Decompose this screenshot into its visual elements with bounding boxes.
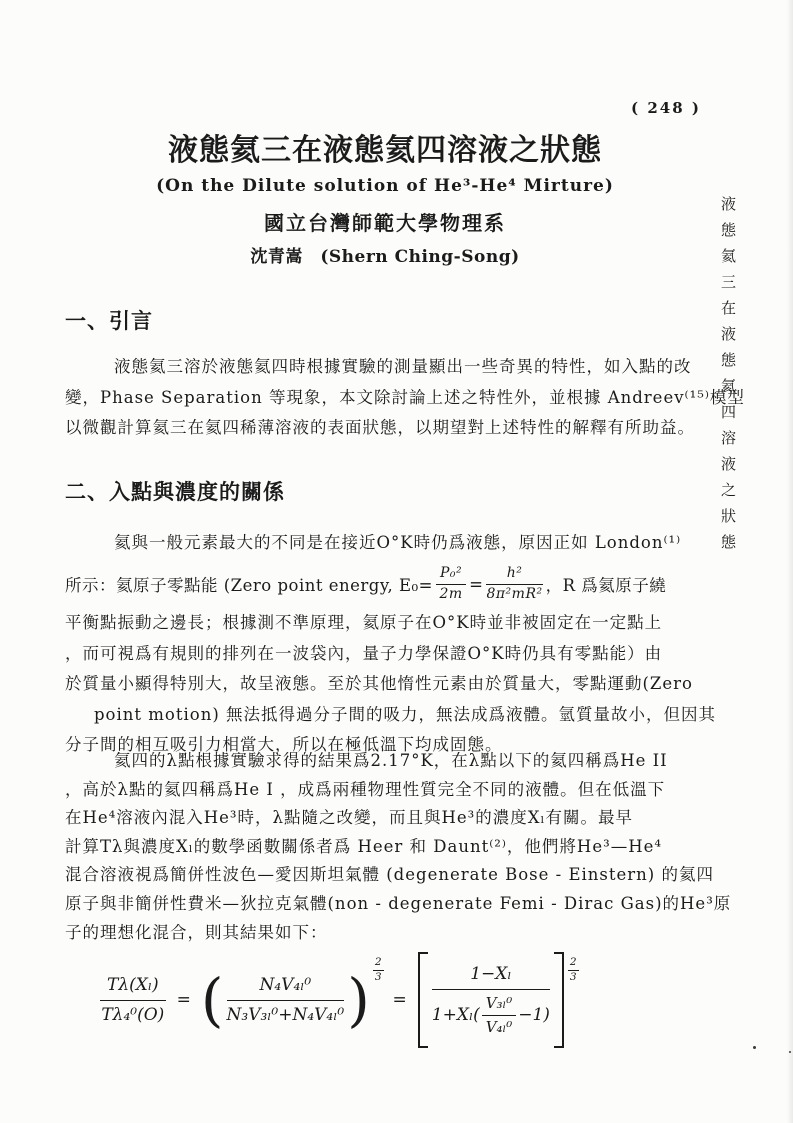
exponent-denominator: 3	[568, 971, 579, 984]
mid-fraction: N₄V₄ₗ⁰ N₃V₃ₗ⁰+N₄V₄ₗ⁰	[227, 974, 345, 1027]
exponent-numerator: 2	[568, 956, 579, 971]
fraction-numerator: N₄V₄ₗ⁰	[227, 974, 345, 1001]
lhs-fraction: Tλ(Xₗ) Tλ₄⁰(O)	[100, 974, 166, 1027]
fraction-denominator: 1+Xₗ( V₃ₗ⁰ V₄ₗ⁰ −1)	[432, 990, 550, 1037]
fraction-numerator: P₀²	[436, 565, 466, 585]
equals-sign: =	[469, 575, 483, 594]
text-line: 子的理想化混合，則其結果如下：	[65, 919, 710, 948]
text-segment: 所示：氦原子零點能 (Zero point energy, E₀=	[65, 572, 433, 596]
affiliation: 國立台灣師範大學物理系	[65, 207, 705, 236]
equals-sign: =	[393, 990, 407, 1010]
open-paren: (	[201, 971, 224, 1029]
section2-paragraph1: 平衡點振動之邊長；根據測不準原理，氦原子在O°K時並非被固定在一定點上 ，而可視…	[65, 608, 710, 761]
text-line: ，而可視爲有規則的排列在一波袋內，量子力學保證O°K時仍具有零點能）由	[65, 639, 710, 670]
fraction-numerator: V₃ₗ⁰	[482, 994, 517, 1016]
fraction-numerator: 1−Xₗ	[432, 963, 550, 990]
text-line: 以微觀計算氦三在氦四稀薄溶液的表面狀態，以期望對上述特性的解釋有所助益。	[65, 413, 710, 444]
section1-heading: 一、引言	[65, 305, 153, 335]
scan-speck	[789, 1051, 791, 1053]
display-equation: Tλ(Xₗ) Tλ₄⁰(O) = ( N₄V₄ₗ⁰ N₃V₃ₗ⁰+N₄V₄ₗ⁰ …	[98, 952, 579, 1048]
scan-edge-shadow	[787, 0, 793, 1123]
close-paren: )	[347, 971, 370, 1029]
text-segment: ，R 爲氦原子繞	[546, 572, 667, 596]
fraction-denominator: 8π²mR²	[486, 585, 542, 604]
fraction-denominator: V₄ₗ⁰	[482, 1016, 517, 1037]
page-number: ( 248 )	[631, 99, 701, 117]
scanned-paper-page: ( 248 ) 液態氦三在液態氦四溶液之狀態 (On the Dilute so…	[0, 0, 793, 1123]
paper-subtitle-english: (On the Dilute solution of He³-He⁴ Mirtu…	[65, 176, 705, 196]
section1-paragraph: 液態氦三溶於液態氦四時根據實驗的測量顯出一些奇異的特性，如入點的改 變，Phas…	[65, 352, 710, 444]
close-bracket	[554, 952, 564, 1048]
equals-sign: =	[177, 990, 191, 1010]
text-line: 液態氦三溶於液態氦四時根據實驗的測量顯出一些奇異的特性，如入點的改	[65, 352, 710, 383]
rhs-fraction: 1−Xₗ 1+Xₗ( V₃ₗ⁰ V₄ₗ⁰ −1)	[432, 963, 550, 1036]
section2-paragraph2: 氦四的λ點根據實驗求得的結果爲2.17°K，在λ點以下的氦四稱爲He II ，高…	[65, 747, 710, 947]
section2-line1: 氦與一般元素最大的不同是在接近O°K時仍爲液態，原因正如 London⁽¹⁾	[65, 528, 710, 559]
inline-fraction: P₀² 2m	[436, 565, 466, 603]
author-line: 沈青嵩 (Shern Ching-Song)	[65, 242, 705, 267]
text-line: 混合溶液視爲簡併性波色—愛因斯坦氣體 (degenerate Bose - Ei…	[65, 861, 710, 890]
fraction-denominator: 2m	[436, 585, 466, 604]
inline-equation-line: 所示：氦原子零點能 (Zero point energy, E₀= P₀² 2m…	[65, 556, 710, 612]
vertical-running-title: 液態氦三在液態氦四溶液之狀態	[720, 196, 735, 560]
text-line: 在He⁴溶液內混入He³時，λ點隨之改變，而且與He³的濃度Xₗ有關。最早	[65, 804, 710, 833]
fraction-denominator: Tλ₄⁰(O)	[100, 1001, 166, 1027]
paper-title: 液態氦三在液態氦四溶液之狀態	[65, 133, 705, 169]
section2-heading: 二、入點與濃度的關係	[65, 476, 285, 506]
text-line: 變，Phase Separation 等現象，本文除討論上述之特性外，並根據 A…	[65, 383, 710, 414]
text-line: 氦與一般元素最大的不同是在接近O°K時仍爲液態，原因正如 London⁽¹⁾	[65, 528, 710, 559]
exponent-two-thirds: 2 3	[373, 956, 384, 983]
fraction-denominator: N₃V₃ₗ⁰+N₄V₄ₗ⁰	[227, 1001, 345, 1027]
exponent-two-thirds: 2 3	[568, 956, 579, 983]
open-bracket	[418, 952, 428, 1048]
exponent-denominator: 3	[373, 971, 384, 984]
text-line: 原子與非簡併性費米—狄拉克氣體(non - degenerate Femi - …	[65, 890, 710, 919]
fraction-numerator: Tλ(Xₗ)	[100, 974, 166, 1001]
text-segment: 1+Xₗ(	[432, 1004, 480, 1027]
scan-speck	[753, 1046, 756, 1049]
text-line: 計算Tλ與濃度Xₗ的數學函數關係者爲 Heer 和 Daunt⁽²⁾，他們將He…	[65, 833, 710, 862]
text-line: 於質量小顯得特別大，故呈液態。至於其他惰性元素由於質量大，零點運動(Zero	[65, 669, 710, 700]
text-line: 平衡點振動之邊長；根據測不準原理，氦原子在O°K時並非被固定在一定點上	[65, 608, 710, 639]
text-line: 氦四的λ點根據實驗求得的結果爲2.17°K，在λ點以下的氦四稱爲He II	[65, 747, 710, 776]
text-line: point motion) 無法抵得過分子間的吸力，無法成爲液體。氫質量故小，但…	[65, 700, 710, 731]
fraction-numerator: h²	[486, 565, 542, 585]
text-segment: −1)	[518, 1004, 550, 1027]
inner-fraction: V₃ₗ⁰ V₄ₗ⁰	[482, 994, 517, 1037]
inline-fraction: h² 8π²mR²	[486, 565, 542, 603]
paper-header: 液態氦三在液態氦四溶液之狀態 (On the Dilute solution o…	[65, 133, 705, 267]
text-line: ，高於λ點的氦四稱爲He I ，成爲兩種物理性質完全不同的液體。但在低溫下	[65, 776, 710, 805]
exponent-numerator: 2	[373, 956, 384, 971]
